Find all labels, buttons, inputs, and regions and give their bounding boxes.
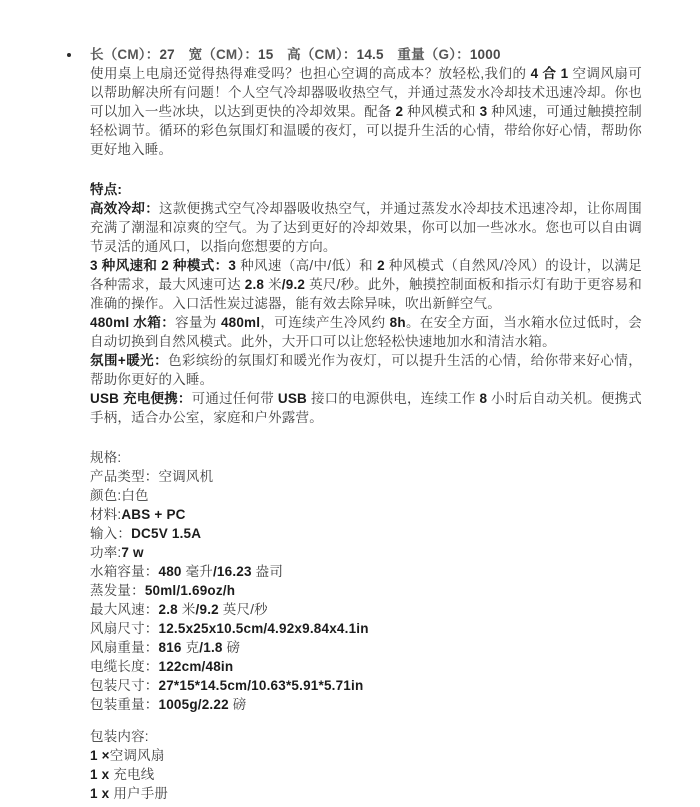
text-run: 高效冷却： xyxy=(90,201,159,216)
text-run: 1000 xyxy=(470,47,501,62)
text-run: 122cm/48in xyxy=(159,659,234,674)
text-run: 1 x xyxy=(90,786,109,801)
text-run: USB xyxy=(278,391,307,406)
text-run: 1 x xyxy=(90,767,109,782)
text-run: 1005g/2.22 xyxy=(159,697,229,712)
feature-usb: USB 充电便携：可通过任何带 USB 接口的电源供电，连续工作 8 小时后自动… xyxy=(90,389,642,427)
text-run: 包装内容: xyxy=(90,729,149,744)
bullet-icon xyxy=(67,53,71,57)
spec-fan-size: 风扇尺寸：12.5x25x10.5cm/4.92x9.84x4.1in xyxy=(90,619,642,638)
text-run: /16.23 xyxy=(213,564,252,579)
spec-product-type: 产品类型：空调风机 xyxy=(90,467,642,486)
text-run: 27 xyxy=(159,47,174,62)
text-run: 特点: xyxy=(90,182,122,197)
package-item-fan: 1 ×空调风扇 xyxy=(90,746,642,765)
text-run: 7 w xyxy=(121,545,143,560)
spec-power: 功率:7 w xyxy=(90,543,642,562)
text-run: 水箱容量： xyxy=(90,564,159,579)
text-run: 重量（G）： xyxy=(384,47,470,62)
feature-water-tank: 480ml 水箱：容量为 480ml，可连续产生冷风约 8h。在安全方面，当水箱… xyxy=(90,313,642,351)
package-contents-heading: 包装内容: xyxy=(90,727,642,746)
text-run: 用户手册 xyxy=(109,786,168,801)
dimensions-bullet: 长（CM）：27 宽（CM）：15 高（CM）：14.5 重量（G）：1000 xyxy=(90,45,642,64)
text-run: 接口的电源供电，连续工作 xyxy=(307,391,479,406)
spec-color: 颜色:白色 xyxy=(90,486,642,505)
spec-fan-weight: 风扇重量：816 克/1.8 磅 xyxy=(90,638,642,657)
spec-package-size: 包装尺寸：27*15*14.5cm/10.63*5.91*5.71in xyxy=(90,676,642,695)
text-run: 2 xyxy=(377,258,385,273)
text-run: 这款便携式空气冷却器吸收热空气，并通过蒸发水冷却技术迅速冷却，让你周围充满了潮湿… xyxy=(90,201,642,254)
text-run: 电缆长度： xyxy=(90,659,159,674)
specs-heading: 规格: xyxy=(90,448,642,467)
text-run: /9.2 xyxy=(282,277,305,292)
document-page: 长（CM）：27 宽（CM）：15 高（CM）：14.5 重量（G）：1000使… xyxy=(0,0,700,807)
text-run: 14.5 xyxy=(357,47,384,62)
text-run: 长（CM）： xyxy=(90,47,159,62)
text-run: 8h xyxy=(390,315,406,330)
text-run: 功率: xyxy=(90,545,121,560)
feature-cooling: 高效冷却：这款便携式空气冷却器吸收热空气，并通过蒸发水冷却技术迅速冷却，让你周围… xyxy=(90,199,642,256)
text-run: 颜色:白色 xyxy=(90,488,149,503)
spec-package-weight: 包装重量：1005g/2.22 磅 xyxy=(90,695,642,714)
text-run: 2 xyxy=(395,104,403,119)
text-run: 盎司 xyxy=(252,564,283,579)
text-run: 产品类型：空调风机 xyxy=(90,469,213,484)
text-run: 磅 xyxy=(229,697,247,712)
text-run: 2.8 xyxy=(159,602,178,617)
text-run: 50ml/1.69oz/h xyxy=(145,583,235,598)
section-gap xyxy=(90,714,642,727)
text-run: 宽（CM）： xyxy=(175,47,258,62)
text-run: USB 充电便携： xyxy=(90,391,192,406)
text-run: 毫升 xyxy=(182,564,213,579)
features-heading: 特点: xyxy=(90,180,642,199)
text-run: 包装重量： xyxy=(90,697,159,712)
text-run: 色彩缤纷的氛围灯和暖光作为夜灯，可以提升生活的心情，给你带来好心情，帮助你更好的… xyxy=(90,353,642,387)
spec-evaporation: 蒸发量：50ml/1.69oz/h xyxy=(90,581,642,600)
intro-paragraph: 使用桌上电扇还觉得热得难受吗？也担心空调的高成本？放轻松,我们的 4 合 1 空… xyxy=(90,64,642,159)
text-run: 包装尺寸： xyxy=(90,678,159,693)
text-run: 可通过任何带 xyxy=(192,391,278,406)
text-run: 风扇尺寸： xyxy=(90,621,159,636)
text-run: 高（CM）： xyxy=(273,47,356,62)
text-run: 蒸发量： xyxy=(90,583,145,598)
text-run: 风扇重量： xyxy=(90,640,159,655)
spec-input: 输入：DC5V 1.5A xyxy=(90,524,642,543)
text-run: 容量为 xyxy=(175,315,221,330)
text-run: 使用桌上电扇还觉得热得难受吗？也担心空调的高成本？放轻松,我们的 xyxy=(90,66,531,81)
text-run: 12.5x25x10.5cm/4.92x9.84x4.1in xyxy=(159,621,369,636)
text-run: 英尺/秒 xyxy=(219,602,268,617)
text-run: 480ml xyxy=(221,315,260,330)
text-run: 15 xyxy=(258,47,273,62)
feature-speeds-modes: 3 种风速和 2 种模式：3 种风速（高/中/低）和 2 种风模式（自然风/冷风… xyxy=(90,256,642,313)
text-run: /9.2 xyxy=(196,602,219,617)
text-run: ，可连续产生冷风约 xyxy=(260,315,389,330)
package-item-cable: 1 x 充电线 xyxy=(90,765,642,784)
text-run: 规格: xyxy=(90,450,121,465)
text-run: 816 xyxy=(159,640,182,655)
text-run: 4 合 1 xyxy=(531,66,569,81)
text-run: 磅 xyxy=(223,640,241,655)
text-run: 3 种风速和 2 种模式： xyxy=(90,258,228,273)
text-run: 种风速（高/中/低）和 xyxy=(236,258,377,273)
text-run: 种风模式和 xyxy=(403,104,479,119)
text-run: 材料: xyxy=(90,507,121,522)
spec-max-speed: 最大风速：2.8 米/9.2 英尺/秒 xyxy=(90,600,642,619)
package-item-manual: 1 x 用户手册 xyxy=(90,784,642,803)
text-run: 27*15*14.5cm/10.63*5.91*5.71in xyxy=(159,678,364,693)
spec-tank-capacity: 水箱容量：480 毫升/16.23 盎司 xyxy=(90,562,642,581)
text-run: /1.8 xyxy=(199,640,222,655)
text-run: 米 xyxy=(178,602,196,617)
text-run: 2.8 xyxy=(245,277,264,292)
text-run: 充电线 xyxy=(109,767,154,782)
section-gap xyxy=(90,159,642,180)
text-run: 氛围+暖光： xyxy=(90,353,168,368)
text-run: ABS + PC xyxy=(121,507,185,522)
text-run: DC5V 1.5A xyxy=(131,526,201,541)
text-run: 克 xyxy=(182,640,200,655)
spec-cable-length: 电缆长度：122cm/48in xyxy=(90,657,642,676)
text-run: 1 × xyxy=(90,748,110,763)
text-run: 最大风速： xyxy=(90,602,159,617)
text-run: 3 xyxy=(228,258,236,273)
text-run: 空调风扇 xyxy=(110,748,165,763)
section-gap xyxy=(90,427,642,448)
document-body: 长（CM）：27 宽（CM）：15 高（CM）：14.5 重量（G）：1000使… xyxy=(90,45,642,803)
text-run: 米 xyxy=(264,277,282,292)
text-run: 输入： xyxy=(90,526,131,541)
spec-material: 材料:ABS + PC xyxy=(90,505,642,524)
text-run: 480 xyxy=(159,564,182,579)
feature-ambient-light: 氛围+暖光：色彩缤纷的氛围灯和暖光作为夜灯，可以提升生活的心情，给你带来好心情，… xyxy=(90,351,642,389)
text-run: 480ml 水箱： xyxy=(90,315,175,330)
